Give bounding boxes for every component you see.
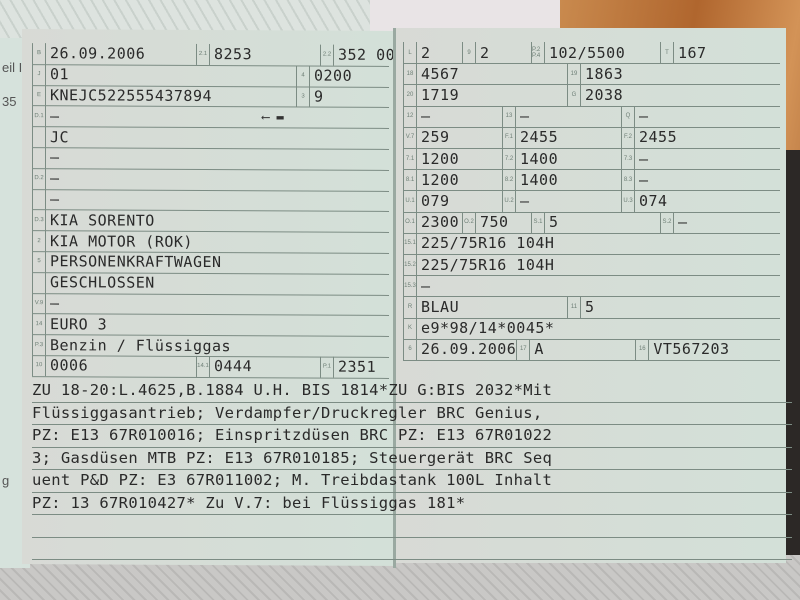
field-code-label: 20 [403,84,417,105]
field-row: 15.1225/75R16 104H [403,233,780,255]
field-value: – [417,106,502,127]
field-code-label: 7.3 [621,148,635,169]
field-value: 01 [46,64,296,86]
field-value: 2038 [581,84,780,105]
remark-line: PZ: 13 67R010427* Zu V.7: bei Flüssiggas… [32,493,792,516]
field-code-label [32,272,46,293]
field-code-label: J [32,64,46,85]
field-value: – [635,169,780,190]
field-value: 9 [310,86,389,107]
field-value: – [46,147,389,170]
field-code-label: U.2 [502,190,516,211]
field-value: – [635,106,780,127]
field-code-label: P.1 [320,357,334,378]
field-value: 2455 [635,127,780,148]
remark-line [32,538,792,561]
field-code-label: 14 [32,313,46,334]
field-value: 1200 [417,148,502,169]
field-value: 750 [476,212,531,233]
remark-line [32,515,792,538]
field-code-label: O.1 [403,212,417,233]
field-row: V.7259F.12455F.22455 [403,127,780,149]
field-row: 15.3– [403,275,780,297]
field-value: 225/75R16 104H [417,233,780,254]
field-value: – [417,275,780,296]
field-code-label: 2.1 [196,44,210,65]
field-row: 8.112008.214008.3– [403,169,780,191]
field-code-label: G [567,84,581,105]
field-code-label: Q [621,106,635,127]
field-row: 184567191863 [403,63,780,85]
field-value: 2300 [417,212,462,233]
field-code-label: 2.2 [320,45,334,66]
field-code-label: 19 [567,63,581,84]
field-value: – [46,168,389,191]
field-value: KIA MOTOR (ROK) [46,230,389,253]
field-value: 102/5500 [545,42,660,63]
field-row: Ke9*98/14*0045* [403,318,780,340]
field-code-label: 7.1 [403,148,417,169]
field-code-label: 6 [403,339,417,360]
field-value: A [530,339,635,360]
field-value: – [46,106,389,129]
field-value: KNEJC522555437894 [46,85,296,107]
field-code-label: O.2 [462,212,476,233]
field-row: 7.112007.214007.3– [403,148,780,170]
margin-fragment: 35 [2,94,16,109]
field-value: 26.09.2006 [417,339,516,360]
field-value: JC [46,126,389,149]
field-value: 8253 [210,44,320,65]
field-code-label: 5 [32,251,46,272]
field-row: 201719G2038 [403,84,780,106]
field-code-label: 2 [32,230,46,251]
remark-line: ZU 18-20:L.4625,B.1884 U.H. BIS 1814*ZU … [32,380,792,403]
field-value: – [674,212,780,233]
field-row: 10000614.10444P.12351 [32,355,389,379]
field-value: – [46,293,389,316]
remark-line: uent P&D PZ: E3 67R011002; M. Treibdasta… [32,470,792,493]
field-code-label: 13 [502,106,516,127]
field-code-label: P.3 [32,334,46,355]
field-value: 1863 [581,63,780,84]
left-field-grid: B26.09.20062.182532.2352 00A 3J0140200EK… [32,43,389,45]
field-code-label: F.2 [621,127,635,148]
field-code-label: 8.2 [502,169,516,190]
field-row: RBLAU115 [403,296,780,318]
remark-line: Flüssiggasantrieb; Verdampfer/Druckregle… [32,403,792,426]
field-code-label [32,147,46,168]
field-code-label: 14.1 [196,356,210,377]
margin-fragment: eil I [2,60,22,75]
field-value: 259 [417,127,502,148]
field-value: 0444 [210,356,320,377]
field-value: GESCHLOSSEN [46,272,389,295]
ink-marks: ⟵ ▬ [262,110,284,124]
field-code-label [32,189,46,210]
field-code-label: 4 [296,65,310,86]
field-value: – [516,106,621,127]
field-code-label: 17 [516,339,530,360]
field-code-label: 10 [32,355,46,376]
field-code-label: 16 [635,339,649,360]
field-value: 074 [635,190,780,211]
field-code-label [32,126,46,147]
field-value: BLAU [417,296,567,317]
field-code-label: S.1 [531,212,545,233]
field-code-label: L [403,42,417,63]
field-code-label: E [32,85,46,106]
field-row: 15.2225/75R16 104H [403,254,780,276]
remark-line: 3; Gasdüsen MTB PZ: E13 67R010185; Steue… [32,448,792,471]
field-code-label: 3 [296,86,310,107]
field-value: 5 [581,296,780,317]
field-code-label: F.1 [502,127,516,148]
field-code-label: 15.3 [403,275,417,296]
field-row: 12–13–Q– [403,106,780,128]
field-code-label: D.2 [32,168,46,189]
field-value: e9*98/14*0045* [417,318,780,339]
field-value: 2 [476,42,531,63]
field-code-label: 12 [403,106,417,127]
remark-line: PZ: E13 67R010016; Einspritzdüsen BRC PZ… [32,425,792,448]
field-code-label: V.7 [403,127,417,148]
field-value: 2351 [334,357,389,378]
field-code-label: 11 [567,296,581,317]
field-value: 4567 [417,63,567,84]
field-value: 5 [545,212,660,233]
field-value: 0006 [46,355,196,377]
field-code-label: S.2 [660,212,674,233]
field-value: 2455 [516,127,621,148]
field-value: – [46,189,389,212]
field-row: U.1079U.2–U.3074 [403,190,780,212]
field-value: 0200 [310,65,389,86]
field-value: – [516,190,621,211]
field-code-label: 8.3 [621,169,635,190]
field-value: 26.09.2006 [46,43,196,65]
field-row: O.12300O.2750S.15S.2– [403,212,780,234]
field-code-label: 8.1 [403,169,417,190]
field-value: – [635,148,780,169]
field-value: EURO 3 [46,314,389,337]
remarks-section: ZU 18-20:L.4625,B.1884 U.H. BIS 1814*ZU … [32,380,792,560]
field-code-label: 7.2 [502,148,516,169]
field-value: 1200 [417,169,502,190]
field-code-label: B [32,43,46,64]
field-value: VT567203 [649,339,780,360]
field-code-label: 15.2 [403,254,417,275]
field-code-label: K [403,318,417,339]
field-value: 079 [417,190,502,211]
field-code-label: 9 [462,42,476,63]
field-row: L292P.2 P.4102/5500T167 [403,42,780,64]
field-code-label: 15.1 [403,233,417,254]
field-code-label: U.1 [403,190,417,211]
field-code-label: T [660,42,674,63]
field-value: KIA SORENTO [46,210,389,233]
field-row: 626.09.200617A16VT567203 [403,339,780,361]
field-value: 2 [417,42,462,63]
field-code-label: 18 [403,63,417,84]
field-value: Benzin / Flüssiggas [46,334,389,357]
field-value: 1400 [516,148,621,169]
field-code-label: R [403,296,417,317]
margin-fragment: g [2,473,9,488]
field-value: PERSONENKRAFTWAGEN [46,251,389,274]
field-value: 1400 [516,169,621,190]
field-code-label: D.1 [32,105,46,126]
field-code-label: P.2 P.4 [531,42,545,63]
field-value: 1719 [417,84,567,105]
field-value: 167 [674,42,780,63]
field-code-label: U.3 [621,190,635,211]
field-code-label: D.3 [32,209,46,230]
field-value: 225/75R16 104H [417,254,780,275]
field-code-label: V.9 [32,293,46,314]
